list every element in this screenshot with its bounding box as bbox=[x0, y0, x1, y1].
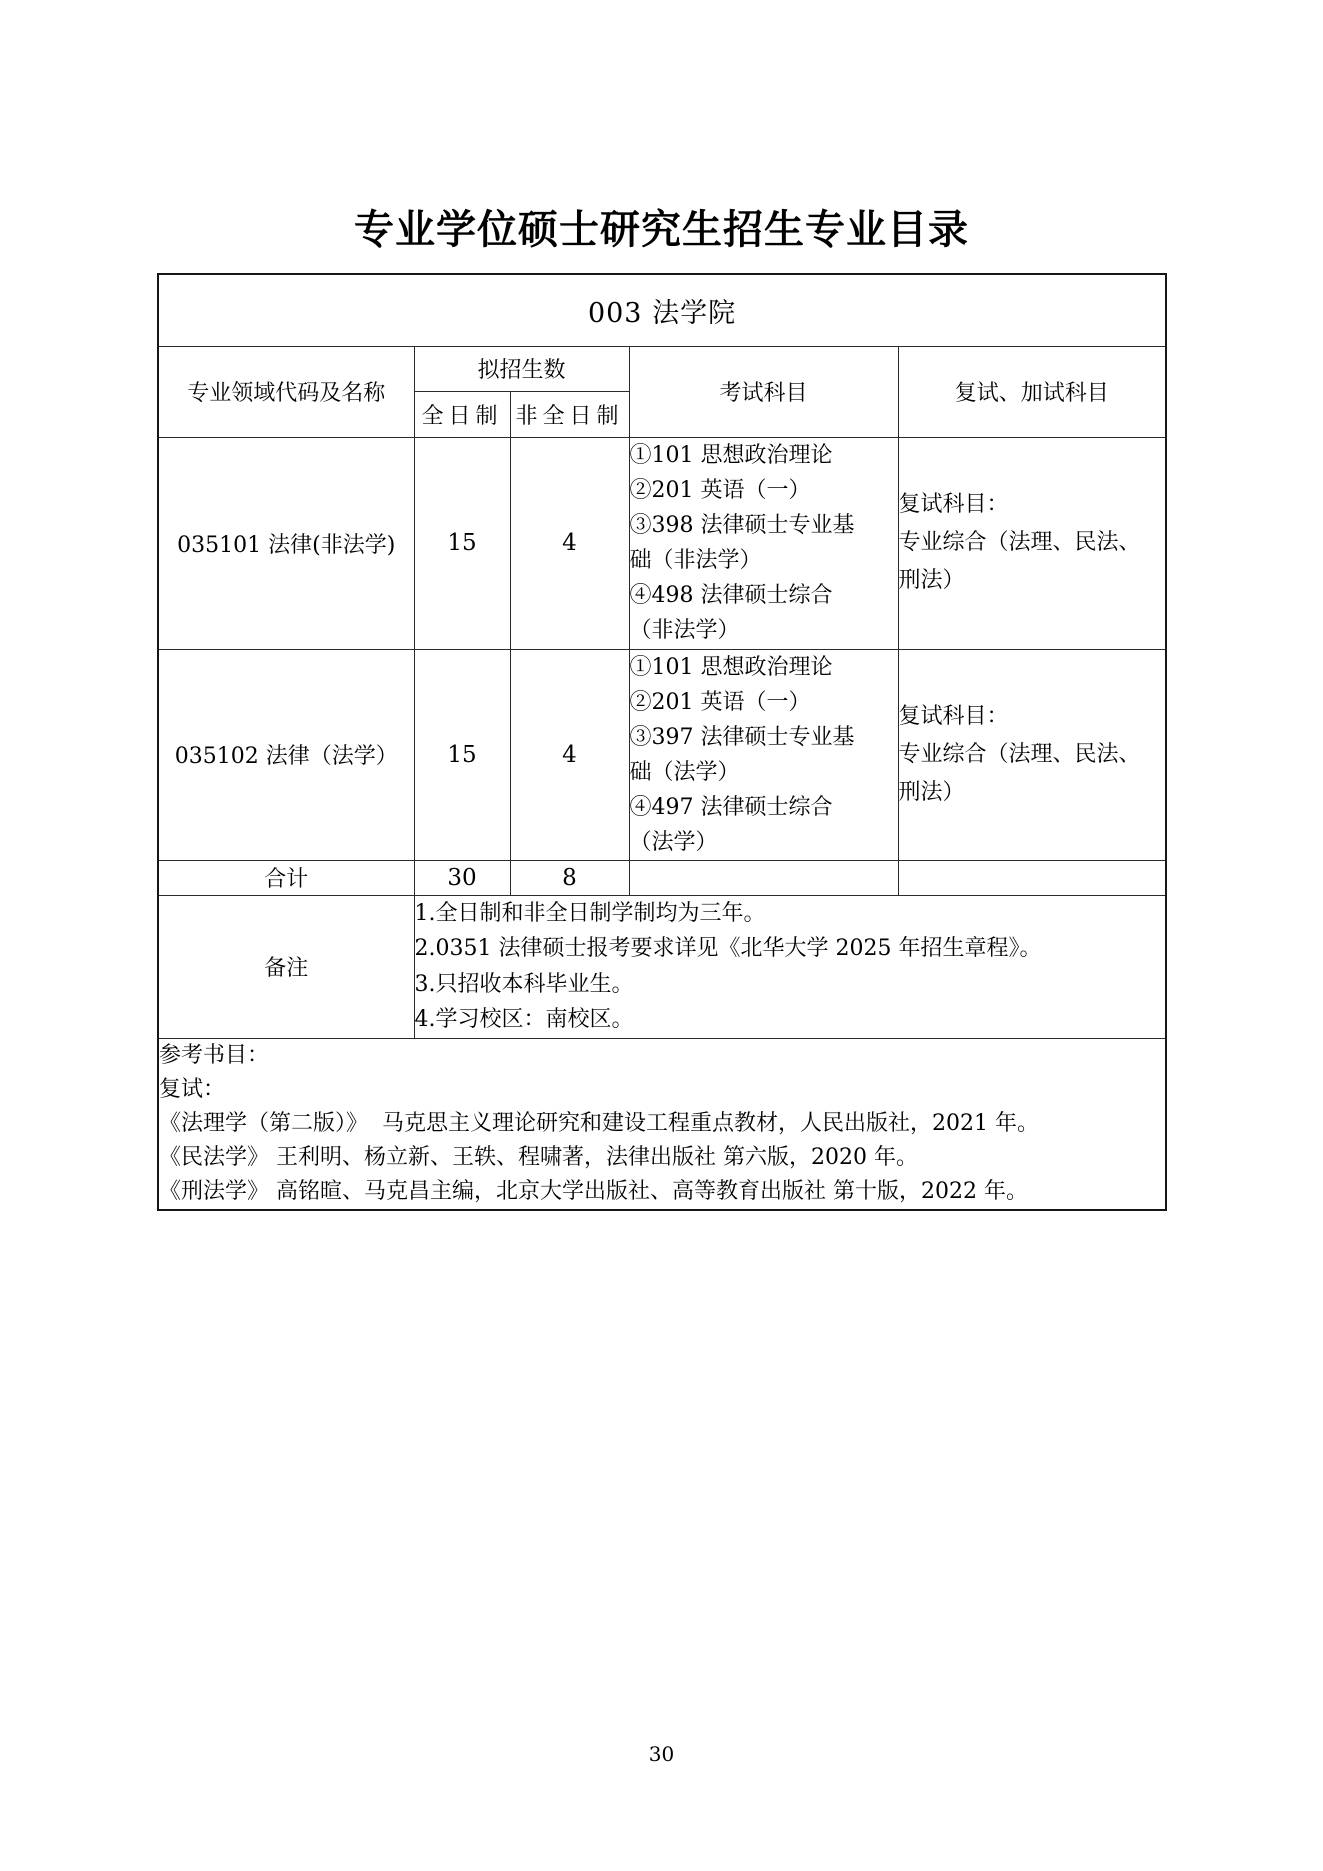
college-row: 003 法学院 bbox=[158, 274, 1166, 346]
total-fulltime-count: 30 bbox=[414, 860, 510, 895]
header-row-top: 专业领域代码及名称 拟招生数 考试科目 复试、加试科目 bbox=[158, 346, 1166, 391]
retest-subjects: 复试科目： 专业综合（法理、民法、 刑法） bbox=[898, 649, 1166, 860]
col-header-program: 专业领域代码及名称 bbox=[158, 346, 414, 437]
exam-subjects: ①101 思想政治理论 ②201 英语（一） ③397 法律硕士专业基 础（法学… bbox=[629, 649, 898, 860]
notes-label: 备注 bbox=[158, 895, 414, 1038]
total-retest-empty-cell bbox=[898, 860, 1166, 895]
retest-subjects: 复试科目： 专业综合（法理、民法、 刑法） bbox=[898, 437, 1166, 649]
col-header-planned-count: 拟招生数 bbox=[414, 346, 629, 391]
total-label: 合计 bbox=[158, 860, 414, 895]
notes-row: 备注 1.全日制和非全日制学制均为三年。 2.0351 法律硕士报考要求详见《北… bbox=[158, 895, 1166, 1038]
document-page: 专业学位硕士研究生招生专业目录 003 法学院 专业领域代码及名称 拟招生数 考… bbox=[0, 0, 1323, 1871]
page-number: 30 bbox=[0, 1742, 1323, 1766]
program-name: 035101 法律(非法学) bbox=[158, 437, 414, 649]
admissions-catalog-table: 003 法学院 专业领域代码及名称 拟招生数 考试科目 复试、加试科目 全日制 … bbox=[157, 273, 1167, 1211]
col-header-fulltime: 全日制 bbox=[414, 391, 510, 437]
col-header-retest-subjects: 复试、加试科目 bbox=[898, 346, 1166, 437]
total-row: 合计 30 8 bbox=[158, 860, 1166, 895]
college-header: 003 法学院 bbox=[158, 274, 1166, 346]
fulltime-count: 15 bbox=[414, 649, 510, 860]
exam-subjects: ①101 思想政治理论 ②201 英语（一） ③398 法律硕士专业基 础（非法… bbox=[629, 437, 898, 649]
table-row-035101: 035101 法律(非法学) 15 4 ①101 思想政治理论 ②201 英语（… bbox=[158, 437, 1166, 649]
notes-content: 1.全日制和非全日制学制均为三年。 2.0351 法律硕士报考要求详见《北华大学… bbox=[414, 895, 1166, 1038]
total-exam-empty-cell bbox=[629, 860, 898, 895]
col-header-exam-subjects: 考试科目 bbox=[629, 346, 898, 437]
total-parttime-count: 8 bbox=[510, 860, 629, 895]
table-row-035102: 035102 法律（法学） 15 4 ①101 思想政治理论 ②201 英语（一… bbox=[158, 649, 1166, 860]
references-content: 参考书目： 复试： 《法理学（第二版）》 马克思主义理论研究和建设工程重点教材，… bbox=[158, 1038, 1166, 1210]
parttime-count: 4 bbox=[510, 649, 629, 860]
page-title: 专业学位硕士研究生招生专业目录 bbox=[0, 198, 1323, 255]
fulltime-count: 15 bbox=[414, 437, 510, 649]
parttime-count: 4 bbox=[510, 437, 629, 649]
program-name: 035102 法律（法学） bbox=[158, 649, 414, 860]
references-row: 参考书目： 复试： 《法理学（第二版）》 马克思主义理论研究和建设工程重点教材，… bbox=[158, 1038, 1166, 1210]
col-header-parttime: 非全日制 bbox=[510, 391, 629, 437]
